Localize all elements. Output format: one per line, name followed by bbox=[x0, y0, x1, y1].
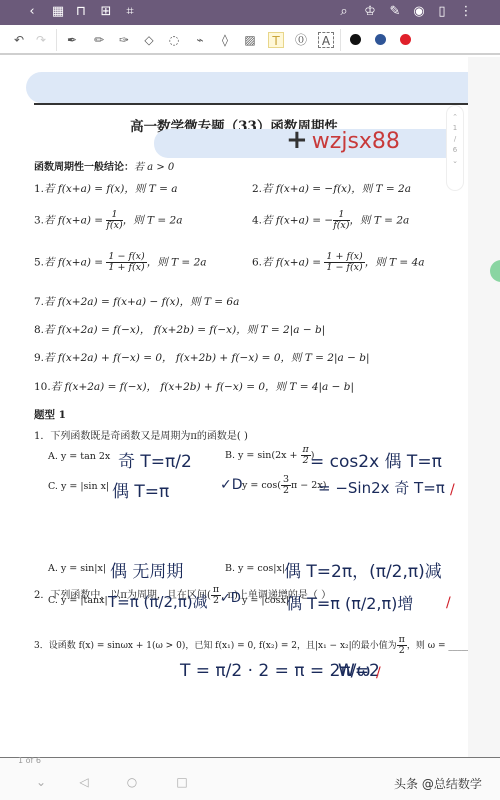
question-1-stem: 1．下列函数既是奇函数又是周期为π的函数是( ) bbox=[34, 427, 248, 442]
q3-handwriting-answer: W=2 bbox=[338, 661, 380, 681]
home-nav-icon[interactable]: ○ bbox=[125, 775, 139, 789]
rule-6: 6.若 f(x+a) = 1 + f(x)1 − f(x)，则 T = 4a bbox=[252, 252, 425, 273]
q1-handwriting-b: = cos2x 偶 T=π bbox=[310, 447, 442, 472]
text-recognize-icon[interactable]: A bbox=[318, 32, 334, 48]
scroll-up-icon[interactable]: ⌃ bbox=[447, 112, 463, 123]
eye-icon[interactable]: ◉ bbox=[411, 4, 427, 20]
q2-option-c: C. y = |tanx| bbox=[48, 595, 108, 606]
ocr-icon[interactable]: ⓪ bbox=[293, 32, 309, 48]
text-tool-icon[interactable]: T bbox=[268, 32, 284, 48]
color-red-swatch[interactable] bbox=[400, 34, 411, 45]
red-pen-mark: / bbox=[376, 665, 381, 681]
drawing-toolbar: ↶ ↷ ✒ ✏ ✑ ◇ ◌ ⌁ ◊ ▨ T ⓪ A bbox=[0, 25, 500, 55]
q1-handwriting-d: = −Sin2x 奇 T=π bbox=[318, 477, 445, 498]
image-icon[interactable]: ▨ bbox=[242, 32, 258, 48]
q2-option-a: A. y = sin|x| bbox=[48, 563, 106, 574]
sidebar-icon[interactable]: ▯ bbox=[434, 4, 450, 20]
q2-check-mark: ✓D bbox=[220, 591, 241, 606]
rule-3: 3.若 f(x+a) = 1f(x)，则 T = 2a bbox=[34, 210, 182, 231]
type-heading: 题型 1 bbox=[34, 407, 66, 422]
back-nav-icon[interactable]: ◁ bbox=[77, 775, 91, 789]
recents-nav-icon[interactable]: □ bbox=[175, 775, 189, 789]
more-icon[interactable]: ⋮ bbox=[458, 4, 474, 20]
q1-option-c: C. y = |sin x| bbox=[48, 481, 109, 492]
red-pen-mark: / bbox=[450, 482, 455, 498]
rule-5: 5.若 f(x+a) = 1 − f(x)1 + f(x)，则 T = 2a bbox=[34, 252, 207, 273]
eraser-icon[interactable]: ◊ bbox=[217, 32, 233, 48]
hide-nav-icon[interactable]: ⌄ bbox=[34, 775, 48, 789]
redo-icon[interactable]: ↷ bbox=[33, 32, 49, 48]
red-pen-mark: / bbox=[446, 595, 451, 611]
page-indicator: 1 of 6 bbox=[18, 756, 41, 765]
shape-icon[interactable]: ◇ bbox=[141, 32, 157, 48]
system-nav-bar: 1 of 6 ⌄ ◁ ○ □ 头条 @总结数学 bbox=[0, 757, 500, 800]
rule-9: 9.若 f(x+2a) + f(−x) = 0， f(x+2b) + f(−x)… bbox=[34, 350, 370, 365]
undo-icon[interactable]: ↶ bbox=[11, 32, 27, 48]
search-icon[interactable]: ⌕ bbox=[336, 4, 352, 20]
q2-handwriting-a: 偶 无周期 bbox=[110, 557, 183, 582]
back-icon[interactable]: ‹ bbox=[24, 4, 40, 20]
lasso-icon[interactable]: ◌ bbox=[166, 32, 182, 48]
watermark-text: wzjsx88 bbox=[312, 129, 400, 154]
right-rail bbox=[468, 57, 500, 757]
pager-sep: / bbox=[447, 134, 463, 145]
q2-handwriting-d: 偶 T=π (π/2,π)增 bbox=[286, 591, 413, 614]
highlighter-icon[interactable]: ⌁ bbox=[192, 32, 208, 48]
q1-handwriting-a: 奇 T=π/2 bbox=[118, 447, 192, 472]
q2-handwriting-b: 偶 T=2π，(π/2,π)减 bbox=[284, 557, 442, 582]
pencil-icon[interactable]: ✏ bbox=[91, 32, 107, 48]
pager-current: 1 bbox=[447, 123, 463, 134]
document-page: 高一数学微专题（33）函数周期性 +wzjsx88 函数周期性一般结论：若 a … bbox=[0, 57, 468, 757]
color-blue-swatch[interactable] bbox=[375, 34, 386, 45]
q2-option-b: B. y = cos|x| bbox=[225, 563, 285, 574]
header-rule bbox=[34, 103, 468, 105]
rule-10: 10.若 f(x+2a) = f(−x)， f(x+2b) + f(−x) = … bbox=[34, 379, 354, 394]
pen-mode-icon[interactable]: ✎ bbox=[387, 4, 403, 20]
bookmark-icon[interactable]: ⊓ bbox=[73, 4, 89, 20]
page-scroller[interactable]: ⌃ 1 / 6 ⌄ bbox=[446, 105, 464, 191]
q2-option-d: y = |cosx| bbox=[242, 595, 289, 606]
rule-7: 7.若 f(x+2a) = f(x+a) − f(x)，则 T = 6a bbox=[34, 294, 239, 309]
scroll-down-icon[interactable]: ⌄ bbox=[447, 156, 463, 167]
plus-icon: + bbox=[286, 125, 308, 155]
theme-shirt-icon[interactable]: ♔ bbox=[362, 4, 378, 20]
toolbar-divider bbox=[340, 29, 341, 51]
q1-check-mark: ✓D bbox=[220, 477, 243, 493]
q1-option-a: A. y = tan 2x bbox=[48, 451, 110, 462]
crop-icon[interactable]: ⌗ bbox=[122, 4, 138, 20]
q2-handwriting-c: T=π (π/2,π)减 bbox=[108, 591, 208, 612]
marker-pen-icon[interactable]: ✑ bbox=[116, 32, 132, 48]
q1-option-b: B. y = sin(2x + π2) bbox=[225, 445, 315, 466]
rule-4: 4.若 f(x+a) = −1f(x)，则 T = 2a bbox=[252, 210, 409, 231]
rule-1: 1.若 f(x+a) = f(x)，则 T = a bbox=[34, 181, 177, 196]
fountain-pen-icon[interactable]: ✒ bbox=[64, 32, 80, 48]
watermark: +wzjsx88 bbox=[286, 125, 400, 155]
add-page-icon[interactable]: ⊞ bbox=[98, 4, 114, 20]
toolbar-divider bbox=[56, 29, 57, 51]
grid-icon[interactable]: ▦ bbox=[50, 4, 66, 20]
q1-option-d: y = cos(32π − 2x) bbox=[242, 475, 326, 496]
rule-2: 2.若 f(x+a) = −f(x)，则 T = 2a bbox=[252, 181, 411, 196]
color-black-swatch[interactable] bbox=[350, 34, 361, 45]
rule-8: 8.若 f(x+2a) = f(−x)， f(x+2b) = f(−x)，则 T… bbox=[34, 322, 325, 337]
credit-watermark: 头条 @总结数学 bbox=[394, 775, 482, 792]
question-3-stem: 3．设函数 f(x) = sinωx + 1(ω > 0)，已知 f(x₁) =… bbox=[34, 635, 478, 656]
highlight-banner bbox=[26, 72, 500, 103]
q1-handwriting-c: 偶 T=π bbox=[112, 477, 169, 502]
pager-total: 6 bbox=[447, 145, 463, 156]
section-heading: 函数周期性一般结论：若 a > 0 bbox=[34, 158, 174, 173]
top-app-bar: ‹ ▦ ⊓ ⊞ ⌗ ⌕ ♔ ✎ ◉ ▯ ⋮ bbox=[0, 0, 500, 25]
